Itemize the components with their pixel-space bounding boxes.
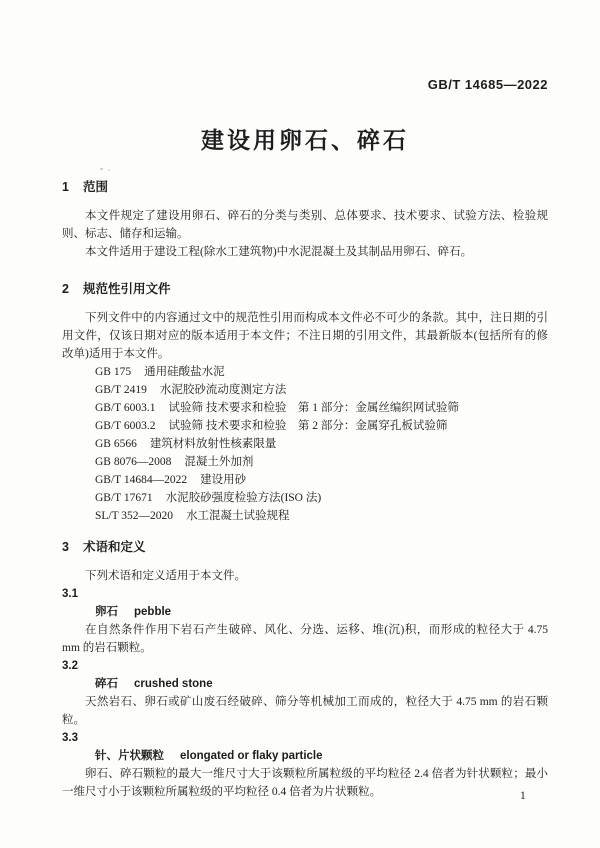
reference-item: GB/T 6003.2试验筛 技术要求和检验 第 2 部分：金属穿孔板试验筛 [62,417,548,435]
scope-paragraph-1: 本文件规定了建设用卵石、碎石的分类与类别、总体要求、技术要求、试验方法、检验规则… [62,207,548,243]
normative-references-intro: 下列文件中的内容通过文中的规范性引用而构成本文件必不可少的条款。其中，注日期的引… [62,309,548,363]
reference-code: GB 175 [95,366,131,378]
scope-paragraph-2: 本文件适用于建设工程(除水工建筑物)中水泥混凝土及其制品用卵石、碎石。 [62,243,548,261]
reference-code: SL/T 352—2020 [95,510,173,522]
term-definition: 天然岩石、卵石或矿山废石经破碎、筛分等机械加工而成的，粒径大于 4.75 mm … [62,693,548,729]
reference-code: GB 8076—2008 [95,456,171,468]
page-number: 1 [520,789,526,803]
section-heading-normative-references: 2规范性引用文件 [62,282,548,296]
document-page: GB/T 14685—2022 建设用卵石、碎石 1范围 本文件规定了建设用卵石… [0,0,600,848]
reference-title: 试验筛 技术要求和检验 第 2 部分：金属穿孔板试验筛 [169,420,448,432]
term-entry: 针、片状颗粒elongated or flaky particle [62,747,548,765]
reference-code: GB/T 6003.1 [95,402,156,414]
reference-item: GB/T 2419水泥胶砂流动度测定方法 [62,381,548,399]
page-content: GB/T 14685—2022 建设用卵石、碎石 1范围 本文件规定了建设用卵石… [0,78,600,801]
reference-title: 水泥胶砂流动度测定方法 [160,384,287,396]
reference-item: GB 175通用硅酸盐水泥 [62,363,548,381]
reference-title: 水工混凝土试验规程 [186,510,290,522]
section-title: 范围 [83,180,108,194]
term-entry: 卵石pebble [62,603,548,621]
reference-title: 通用硅酸盐水泥 [144,366,225,378]
reference-item: SL/T 352—2020水工混凝土试验规程 [62,507,548,525]
reference-item: GB 8076—2008混凝土外加剂 [62,453,548,471]
standard-code-header: GB/T 14685—2022 [62,78,548,92]
reference-title: 建设用砂 [200,474,246,486]
scan-speck [100,168,103,170]
reference-code: GB 6566 [95,438,137,450]
document-title: 建设用卵石、碎石 [62,126,548,154]
reference-code: GB/T 14684—2022 [95,474,187,486]
reference-list: GB 175通用硅酸盐水泥 GB/T 2419水泥胶砂流动度测定方法 GB/T … [62,363,548,525]
reference-item: GB 6566建筑材料放射性核素限量 [62,435,548,453]
term-chinese: 卵石 [95,606,118,618]
term-number: 3.1 [62,585,548,603]
term-number: 3.2 [62,657,548,675]
section-title: 术语和定义 [83,540,146,554]
section-heading-scope: 1范围 [62,180,548,194]
reference-code: GB/T 2419 [95,384,147,396]
terms-intro: 下列术语和定义适用于本文件。 [62,567,548,585]
reference-title: 混凝土外加剂 [184,456,253,468]
scan-speck [306,792,308,794]
reference-item: GB/T 6003.1试验筛 技术要求和检验 第 1 部分：金属丝编织网试验筛 [62,399,548,417]
section-number: 1 [62,180,69,194]
section-heading-terms-definitions: 3术语和定义 [62,540,548,554]
section-number: 3 [62,540,69,554]
reference-title: 试验筛 技术要求和检验 第 1 部分：金属丝编织网试验筛 [169,402,459,414]
term-entry: 碎石crushed stone [62,675,548,693]
reference-code: GB/T 6003.2 [95,420,156,432]
term-definition: 卵石、碎石颗粒的最大一维尺寸大于该颗粒所属粒级的平均粒径 2.4 倍者为针状颗粒… [62,765,548,801]
reference-title: 建筑材料放射性核素限量 [150,438,277,450]
reference-title: 水泥胶砂强度检验方法(ISO 法) [166,492,322,504]
reference-code: GB/T 17671 [95,492,153,504]
reference-item: GB/T 14684—2022建设用砂 [62,471,548,489]
term-english: elongated or flaky particle [180,750,323,762]
term-english: crushed stone [134,678,213,690]
reference-item: GB/T 17671水泥胶砂强度检验方法(ISO 法) [62,489,548,507]
term-chinese: 碎石 [95,678,118,690]
term-number: 3.3 [62,729,548,747]
scan-speck [108,169,110,171]
section-title: 规范性引用文件 [83,282,171,296]
term-definition: 在自然条件作用下岩石产生破碎、风化、分选、运移、堆(沉)积，而形成的粒径大于 4… [62,621,548,657]
term-english: pebble [134,606,171,618]
term-chinese: 针、片状颗粒 [95,750,164,762]
section-number: 2 [62,282,69,296]
